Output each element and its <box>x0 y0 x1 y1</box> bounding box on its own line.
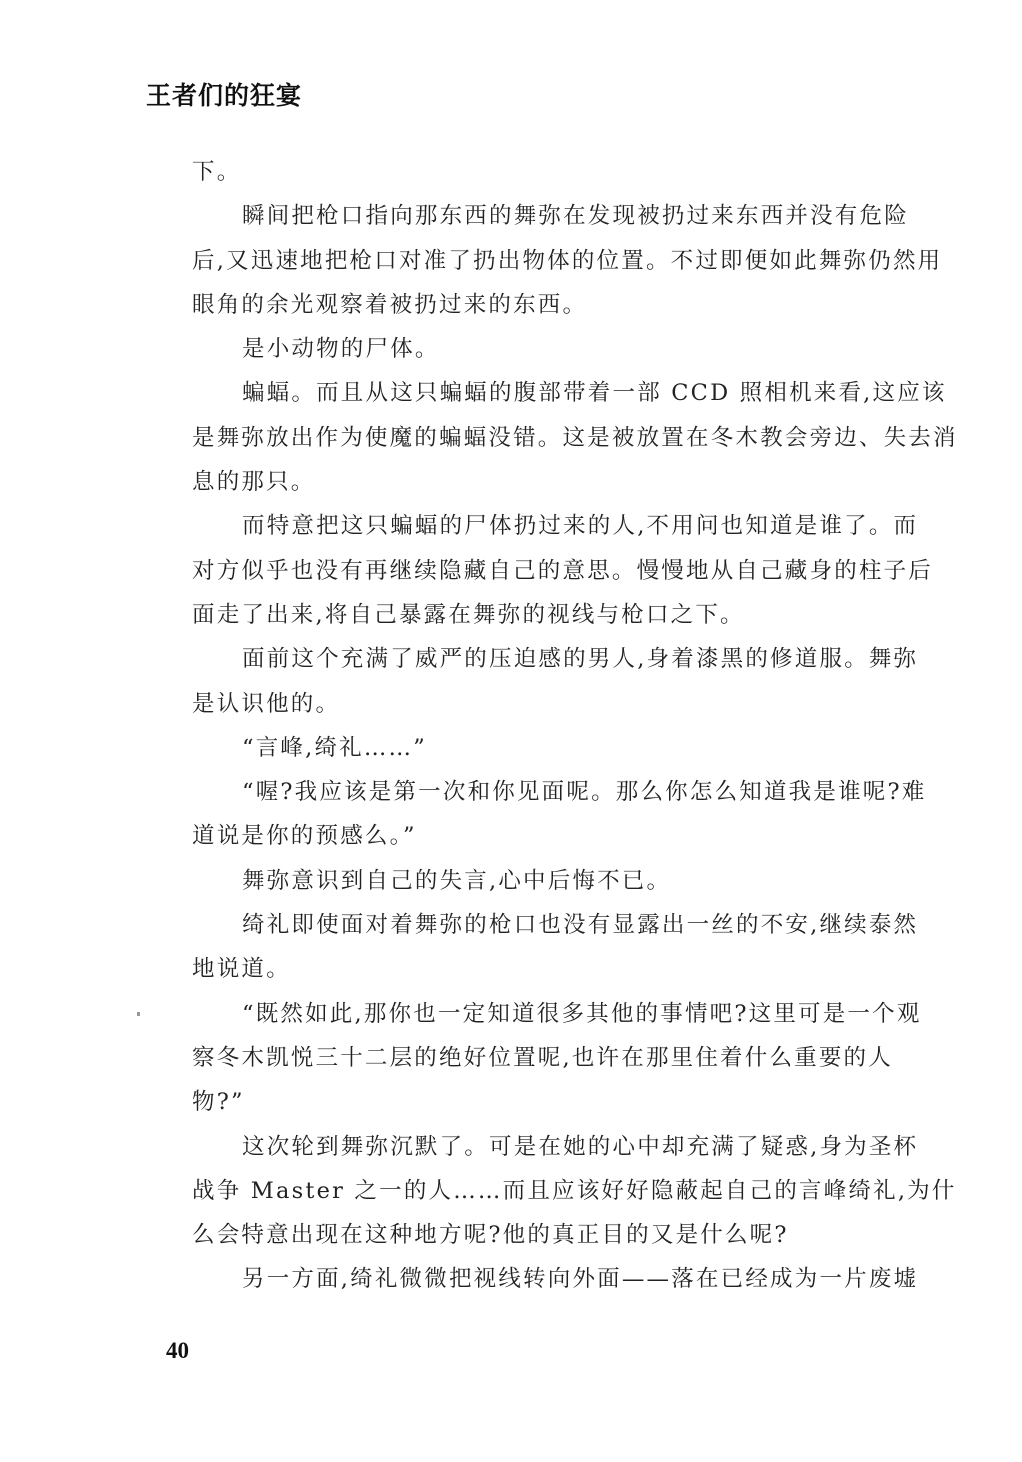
text-line: “既然如此,那你也一定知道很多其他的事情吧?这里可是一个观 <box>192 992 917 1036</box>
text-line: 舞弥意识到自己的失言,心中后悔不已。 <box>192 859 917 903</box>
text-line: 下。 <box>192 150 917 194</box>
text-line: 这次轮到舞弥沉默了。可是在她的心中却充满了疑惑,身为圣杯 <box>192 1125 917 1169</box>
text-line: 察冬木凯悦三十二层的绝好位置呢,也许在那里住着什么重要的人 <box>192 1036 917 1080</box>
text-line: “言峰,绮礼……” <box>192 726 917 770</box>
body-text: 下。 瞬间把枪口指向那东西的舞弥在发现被扔过来东西并没有危险 后,又迅速地把枪口… <box>192 150 917 1302</box>
running-header-title: 王者们的狂宴 <box>146 76 302 112</box>
text-line: 是小动物的尸体。 <box>192 327 917 371</box>
text-line: 蝙蝠。而且从这只蝙蝠的腹部带着一部 CCD 照相机来看,这应该 <box>192 371 917 415</box>
text-line: 是舞弥放出作为使魔的蝙蝠没错。这是被放置在冬木教会旁边、失去消 <box>192 416 917 460</box>
text-line: 后,又迅速地把枪口对准了扔出物体的位置。不过即便如此舞弥仍然用 <box>192 239 917 283</box>
text-line: 绮礼即使面对着舞弥的枪口也没有显露出一丝的不安,继续泰然 <box>192 903 917 947</box>
text-line: 对方似乎也没有再继续隐藏自己的意思。慢慢地从自己藏身的柱子后 <box>192 549 917 593</box>
text-line: 瞬间把枪口指向那东西的舞弥在发现被扔过来东西并没有危险 <box>192 194 917 238</box>
scan-speck <box>137 1012 140 1016</box>
text-line: 眼角的余光观察着被扔过来的东西。 <box>192 283 917 327</box>
text-line: 面前这个充满了威严的压迫感的男人,身着漆黑的修道服。舞弥 <box>192 637 917 681</box>
text-line: 物?” <box>192 1080 917 1124</box>
text-line: 么会特意出现在这种地方呢?他的真正目的又是什么呢? <box>192 1213 917 1257</box>
text-line: 战争 Master 之一的人……而且应该好好隐蔽起自己的言峰绮礼,为什 <box>192 1169 917 1213</box>
text-line: 是认识他的。 <box>192 682 917 726</box>
text-line: 息的那只。 <box>192 460 917 504</box>
text-line: 道说是你的预感么。” <box>192 814 917 858</box>
text-line: 地说道。 <box>192 947 917 991</box>
text-line: “喔?我应该是第一次和你见面呢。那么你怎么知道我是谁呢?难 <box>192 770 917 814</box>
page-number: 40 <box>166 1338 189 1364</box>
text-line: 而特意把这只蝙蝠的尸体扔过来的人,不用问也知道是谁了。而 <box>192 504 917 548</box>
text-line: 另一方面,绮礼微微把视线转向外面——落在已经成为一片废墟 <box>192 1257 917 1301</box>
text-line: 面走了出来,将自己暴露在舞弥的视线与枪口之下。 <box>192 593 917 637</box>
